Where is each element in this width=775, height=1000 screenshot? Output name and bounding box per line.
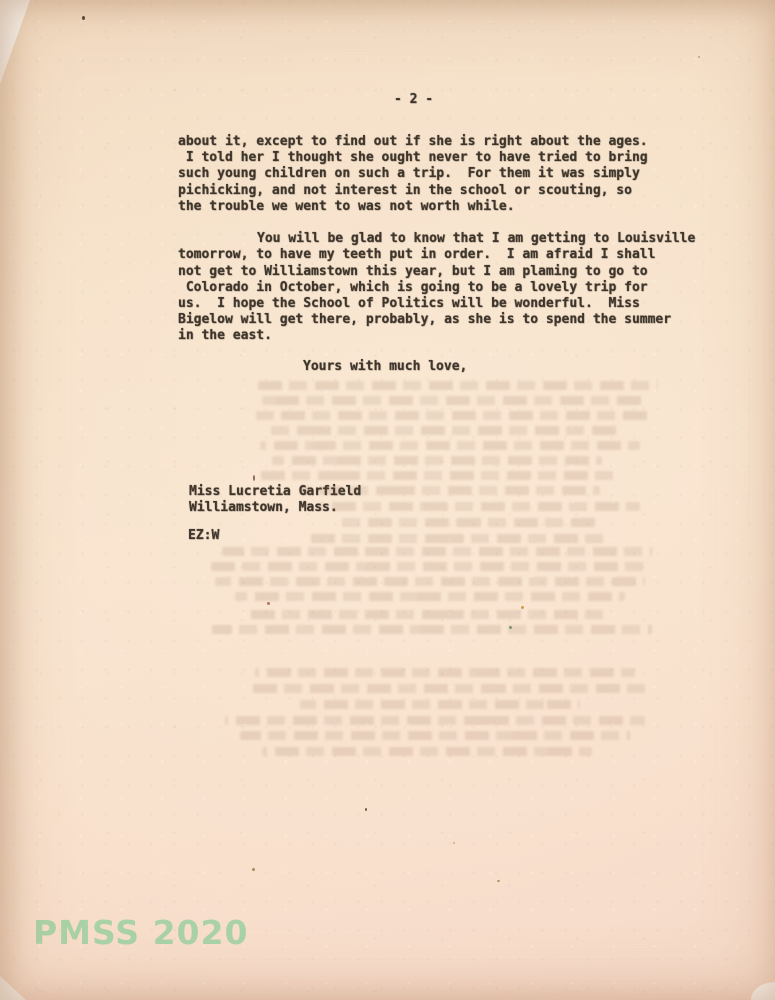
ghost-line: [262, 396, 648, 405]
worn-corner-bottom-left: [0, 976, 26, 1000]
paper-speck: [365, 808, 367, 811]
ghost-line: [260, 441, 640, 450]
ghost-line: [248, 684, 648, 693]
typed-line: us. I hope the School of Politics will b…: [178, 296, 695, 312]
ghost-line: [272, 456, 602, 465]
paper-speck: [509, 626, 512, 629]
typed-line: Miss Lucretia Garfield: [189, 484, 361, 500]
typed-line: in the east.: [178, 328, 695, 344]
typed-line: not get to Williamstown this year, but I…: [178, 264, 695, 280]
ghost-line: [215, 577, 645, 586]
ghost-line: [222, 547, 652, 556]
typist-initials: EZ:W: [188, 528, 219, 544]
ghost-line: [240, 731, 630, 740]
paper-speck: [698, 56, 700, 58]
ghost-line: [245, 610, 605, 619]
ghost-line: [255, 411, 653, 420]
page-number: - 2 -: [394, 92, 433, 108]
ghost-line: [210, 562, 650, 571]
paper-speck: [267, 602, 270, 605]
letter-page: - 2 - about it, except to find out if sh…: [0, 0, 775, 1000]
typed-line: about it, except to find out if she is r…: [178, 134, 695, 150]
typed-line: Colorado in October, which is going to b…: [178, 280, 695, 296]
closing-line: Yours with much love,: [303, 359, 467, 375]
ghost-line: [300, 700, 580, 709]
ghost-line: [258, 381, 658, 390]
worn-corner-top-left: [0, 0, 30, 84]
paper-speck: [253, 475, 255, 481]
typed-line: pichicking, and not interest in the scho…: [178, 183, 695, 199]
typed-line: [178, 215, 695, 231]
recipient-address: Miss Lucretia GarfieldWilliamstown, Mass…: [189, 484, 361, 516]
watermark: PMSS 2020: [33, 913, 248, 952]
typed-line: Bigelow will get there, probably, as she…: [178, 312, 695, 328]
typed-line: You will be glad to know that I am getti…: [178, 231, 695, 247]
typed-line: I told her I thought she ought never to …: [178, 150, 695, 166]
ghost-line: [212, 625, 652, 634]
ghost-line: [262, 747, 592, 756]
paper-speck: [82, 16, 85, 20]
ghost-line: [320, 502, 640, 511]
typed-line: Williamstown, Mass.: [189, 500, 361, 516]
ghost-line: [310, 534, 610, 543]
paper-speck: [497, 880, 500, 882]
typed-line: the trouble we went to was not worth whi…: [178, 199, 695, 215]
worn-corner-bottom-right: [751, 982, 775, 1000]
paper-speck: [521, 606, 524, 609]
ghost-line: [225, 716, 645, 725]
paper-speck: [252, 868, 255, 871]
typed-line: such young children on such a trip. For …: [178, 166, 695, 182]
letter-body: about it, except to find out if she is r…: [178, 134, 695, 345]
ghost-line: [255, 668, 635, 677]
ghost-line: [258, 471, 618, 480]
ghost-line: [268, 426, 620, 435]
ghost-line: [235, 592, 625, 601]
ghost-line: [340, 518, 600, 527]
typed-line: tomorrow, to have my teeth put in order.…: [178, 247, 695, 263]
paper-speck: [453, 842, 455, 844]
